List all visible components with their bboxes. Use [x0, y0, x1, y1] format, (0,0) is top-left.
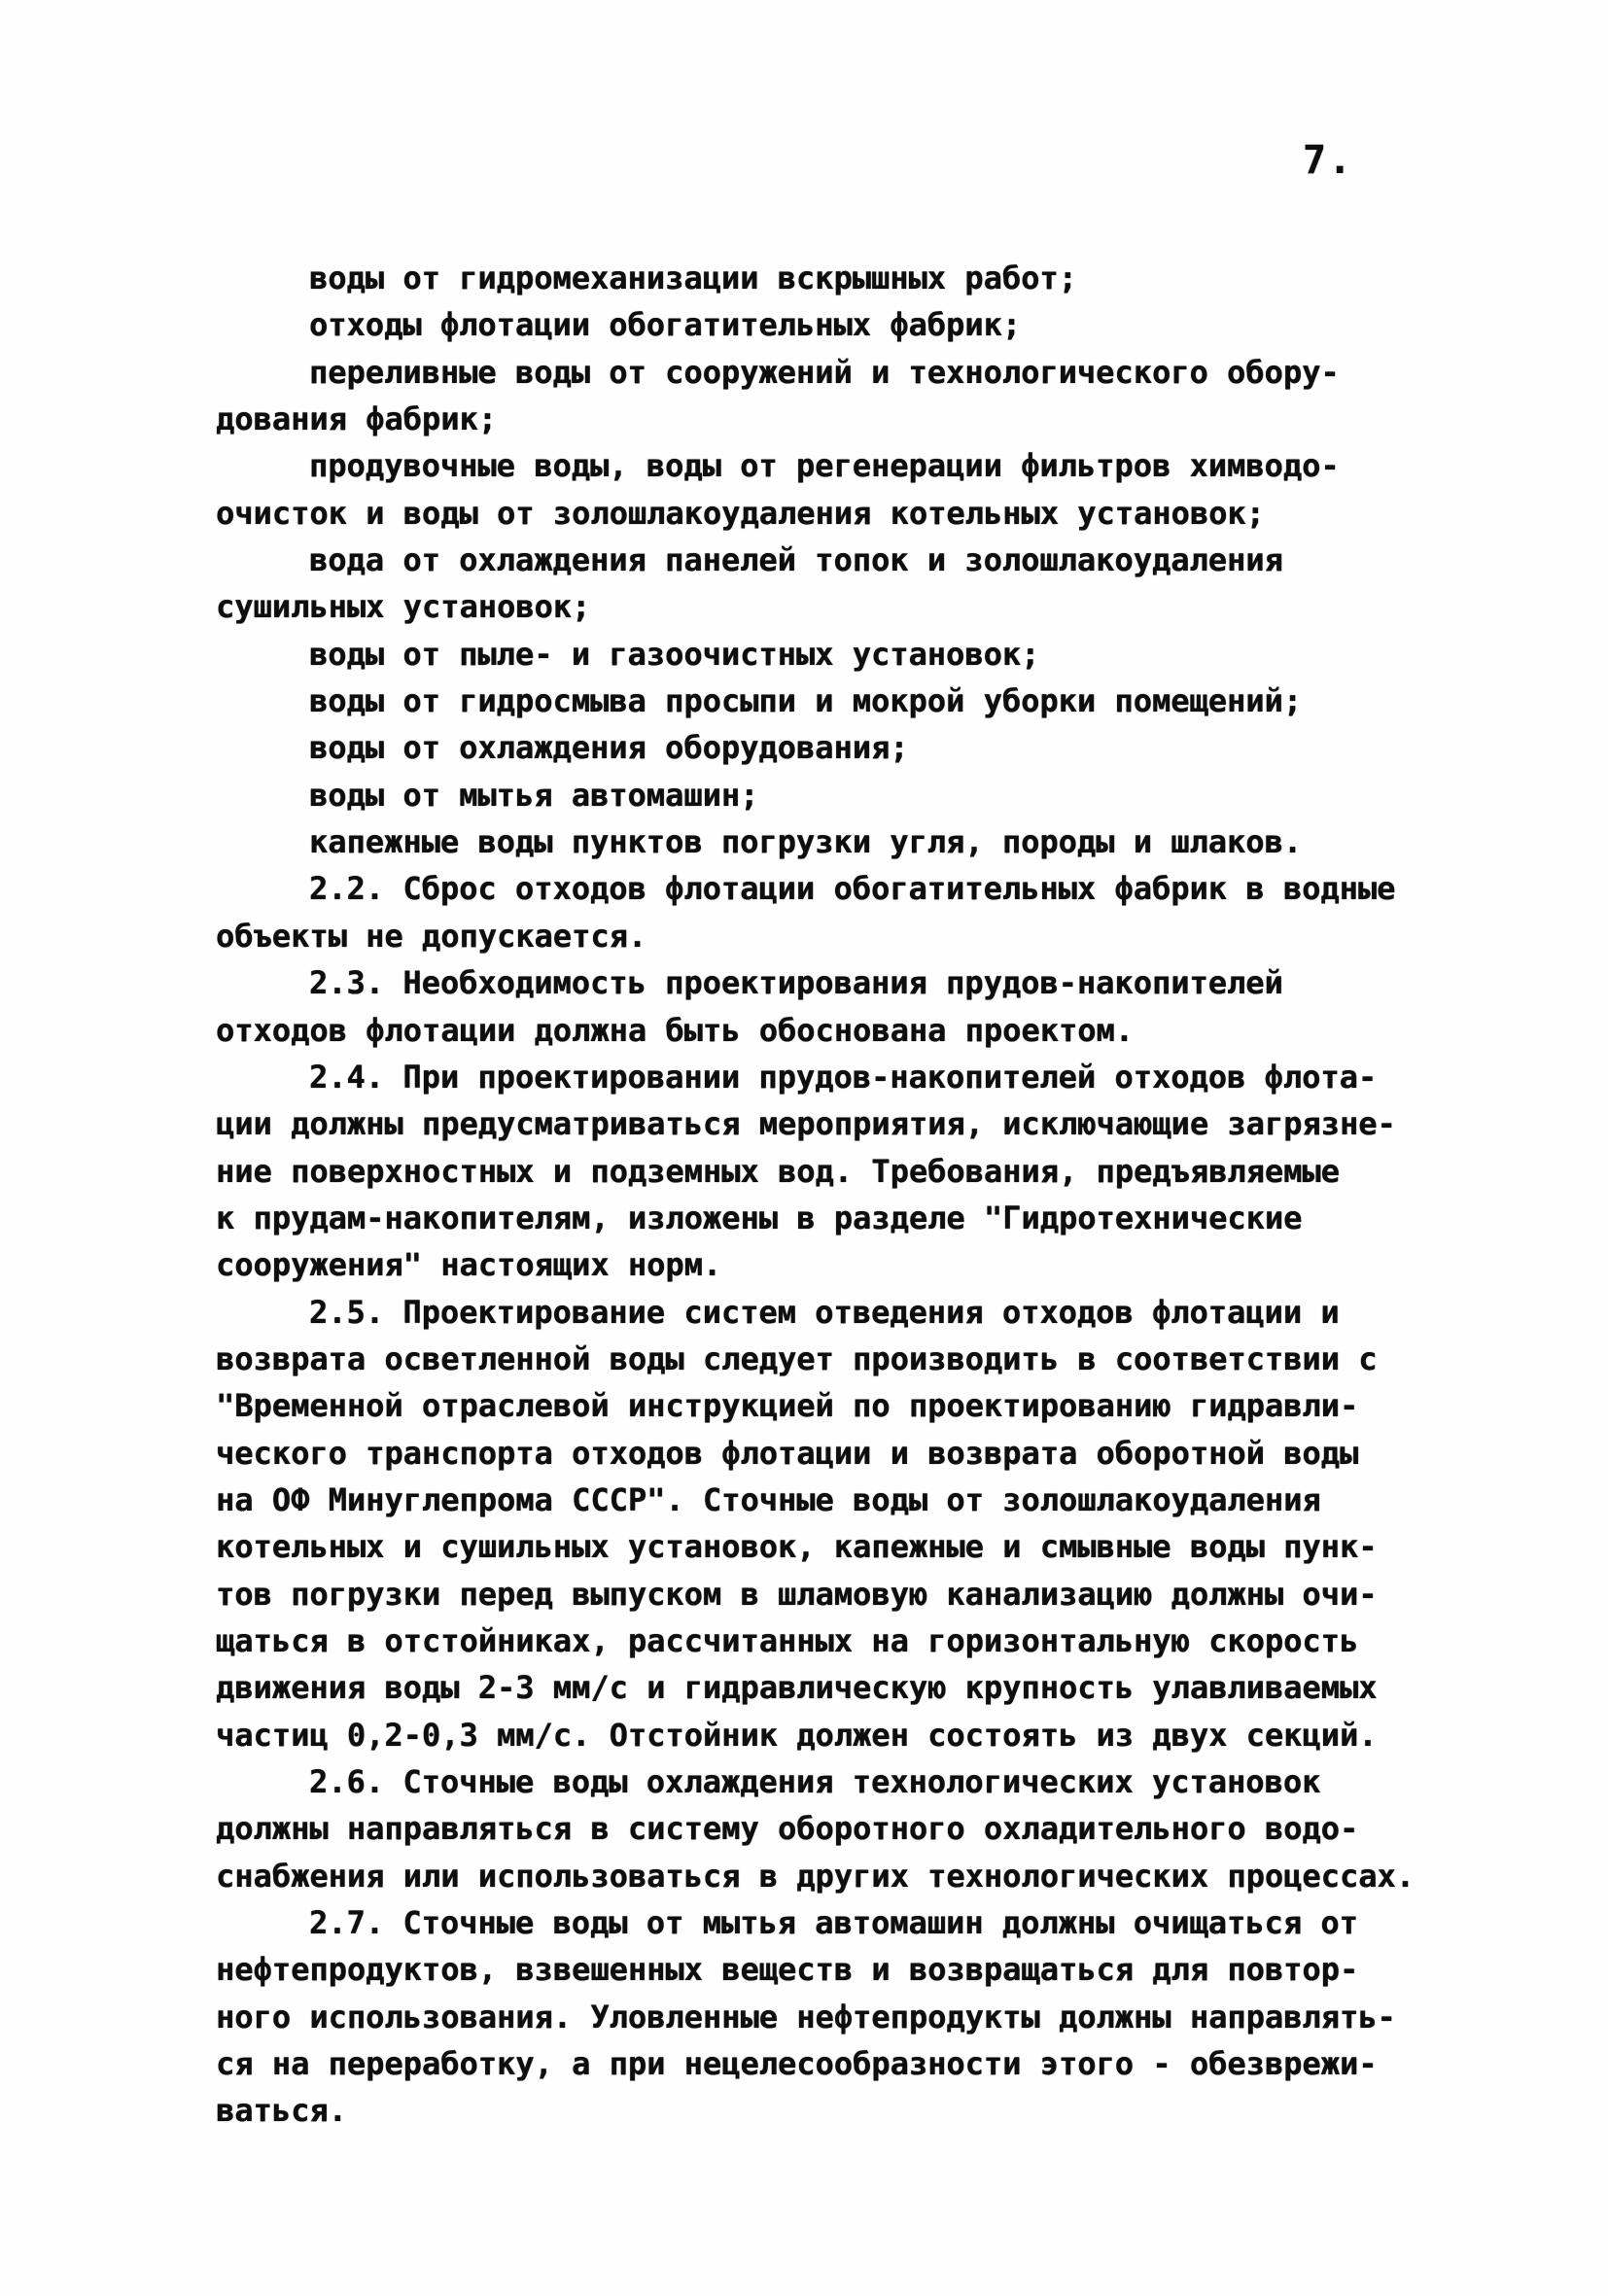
- text-line: сооружения" настоящих норм.: [216, 1241, 1470, 1288]
- text-line: капежные воды пунктов погрузки угля, пор…: [216, 818, 1470, 865]
- text-line: отходы флотации обогатительных фабрик;: [216, 301, 1470, 348]
- text-line: объекты не допускается.: [216, 913, 1470, 959]
- text-line: 2.4. При проектировании прудов-накопител…: [216, 1054, 1470, 1100]
- text-line: щаться в отстойниках, рассчитанных на го…: [216, 1618, 1470, 1664]
- text-line: 2.3. Необходимость проектирования прудов…: [216, 959, 1470, 1006]
- document-page: 7. воды от гидромеханизации вскрышных ра…: [0, 0, 1608, 2296]
- text-line: ного использования. Уловленные нефтепрод…: [216, 1994, 1470, 2040]
- text-line: "Временной отраслевой инструкцией по про…: [216, 1382, 1470, 1429]
- text-line: должны направляться в систему оборотного…: [216, 1805, 1470, 1852]
- text-line: ся на переработку, а при нецелесообразно…: [216, 2040, 1470, 2087]
- text-line: на ОФ Минуглепрома СССР". Сточные воды о…: [216, 1477, 1470, 1523]
- text-line: воды от охлаждения оборудования;: [216, 724, 1470, 771]
- page-number: 7.: [1303, 138, 1353, 183]
- text-line: вода от охлаждения панелей топок и золош…: [216, 537, 1470, 583]
- text-line: частиц 0,2-0,3 мм/с. Отстойник должен со…: [216, 1712, 1470, 1758]
- text-line: дования фабрик;: [216, 396, 1470, 442]
- text-line: котельных и сушильных установок, капежны…: [216, 1523, 1470, 1570]
- text-line: к прудам-накопителям, изложены в разделе…: [216, 1195, 1470, 1241]
- text-line: движения воды 2-3 мм/с и гидравлическую …: [216, 1664, 1470, 1711]
- text-line: 2.2. Сброс отходов флотации обогатительн…: [216, 865, 1470, 912]
- text-line: нефтепродуктов, взвешенных веществ и воз…: [216, 1946, 1470, 1993]
- text-line: ческого транспорта отходов флотации и во…: [216, 1430, 1470, 1477]
- text-line: тов погрузки перед выпуском в шламовую к…: [216, 1571, 1470, 1618]
- text-line: 2.6. Сточные воды охлаждения технологиче…: [216, 1758, 1470, 1805]
- text-line: воды от пыле- и газоочистных установок;: [216, 631, 1470, 678]
- text-line: снабжения или использоваться в других те…: [216, 1853, 1470, 1899]
- text-line: воды от гидросмыва просыпи и мокрой убор…: [216, 678, 1470, 724]
- text-line: 2.7. Сточные воды от мытья автомашин дол…: [216, 1899, 1470, 1946]
- text-line: очисток и воды от золошлакоудаления коте…: [216, 490, 1470, 537]
- text-line: ваться.: [216, 2087, 1470, 2134]
- text-line: переливные воды от сооружений и технолог…: [216, 349, 1470, 396]
- text-line: возврата осветленной воды следует произв…: [216, 1336, 1470, 1382]
- text-line: 2.5. Проектирование систем отведения отх…: [216, 1289, 1470, 1336]
- text-line: отходов флотации должна быть обоснована …: [216, 1007, 1470, 1054]
- text-line: ние поверхностных и подземных вод. Требо…: [216, 1148, 1470, 1195]
- text-line: продувочные воды, воды от регенерации фи…: [216, 442, 1470, 489]
- document-text: воды от гидромеханизации вскрышных работ…: [216, 255, 1470, 2135]
- text-line: воды от мытья автомашин;: [216, 772, 1470, 818]
- text-line: воды от гидромеханизации вскрышных работ…: [216, 255, 1470, 301]
- text-line: ции должны предусматриваться мероприятия…: [216, 1100, 1470, 1147]
- text-line: сушильных установок;: [216, 583, 1470, 630]
